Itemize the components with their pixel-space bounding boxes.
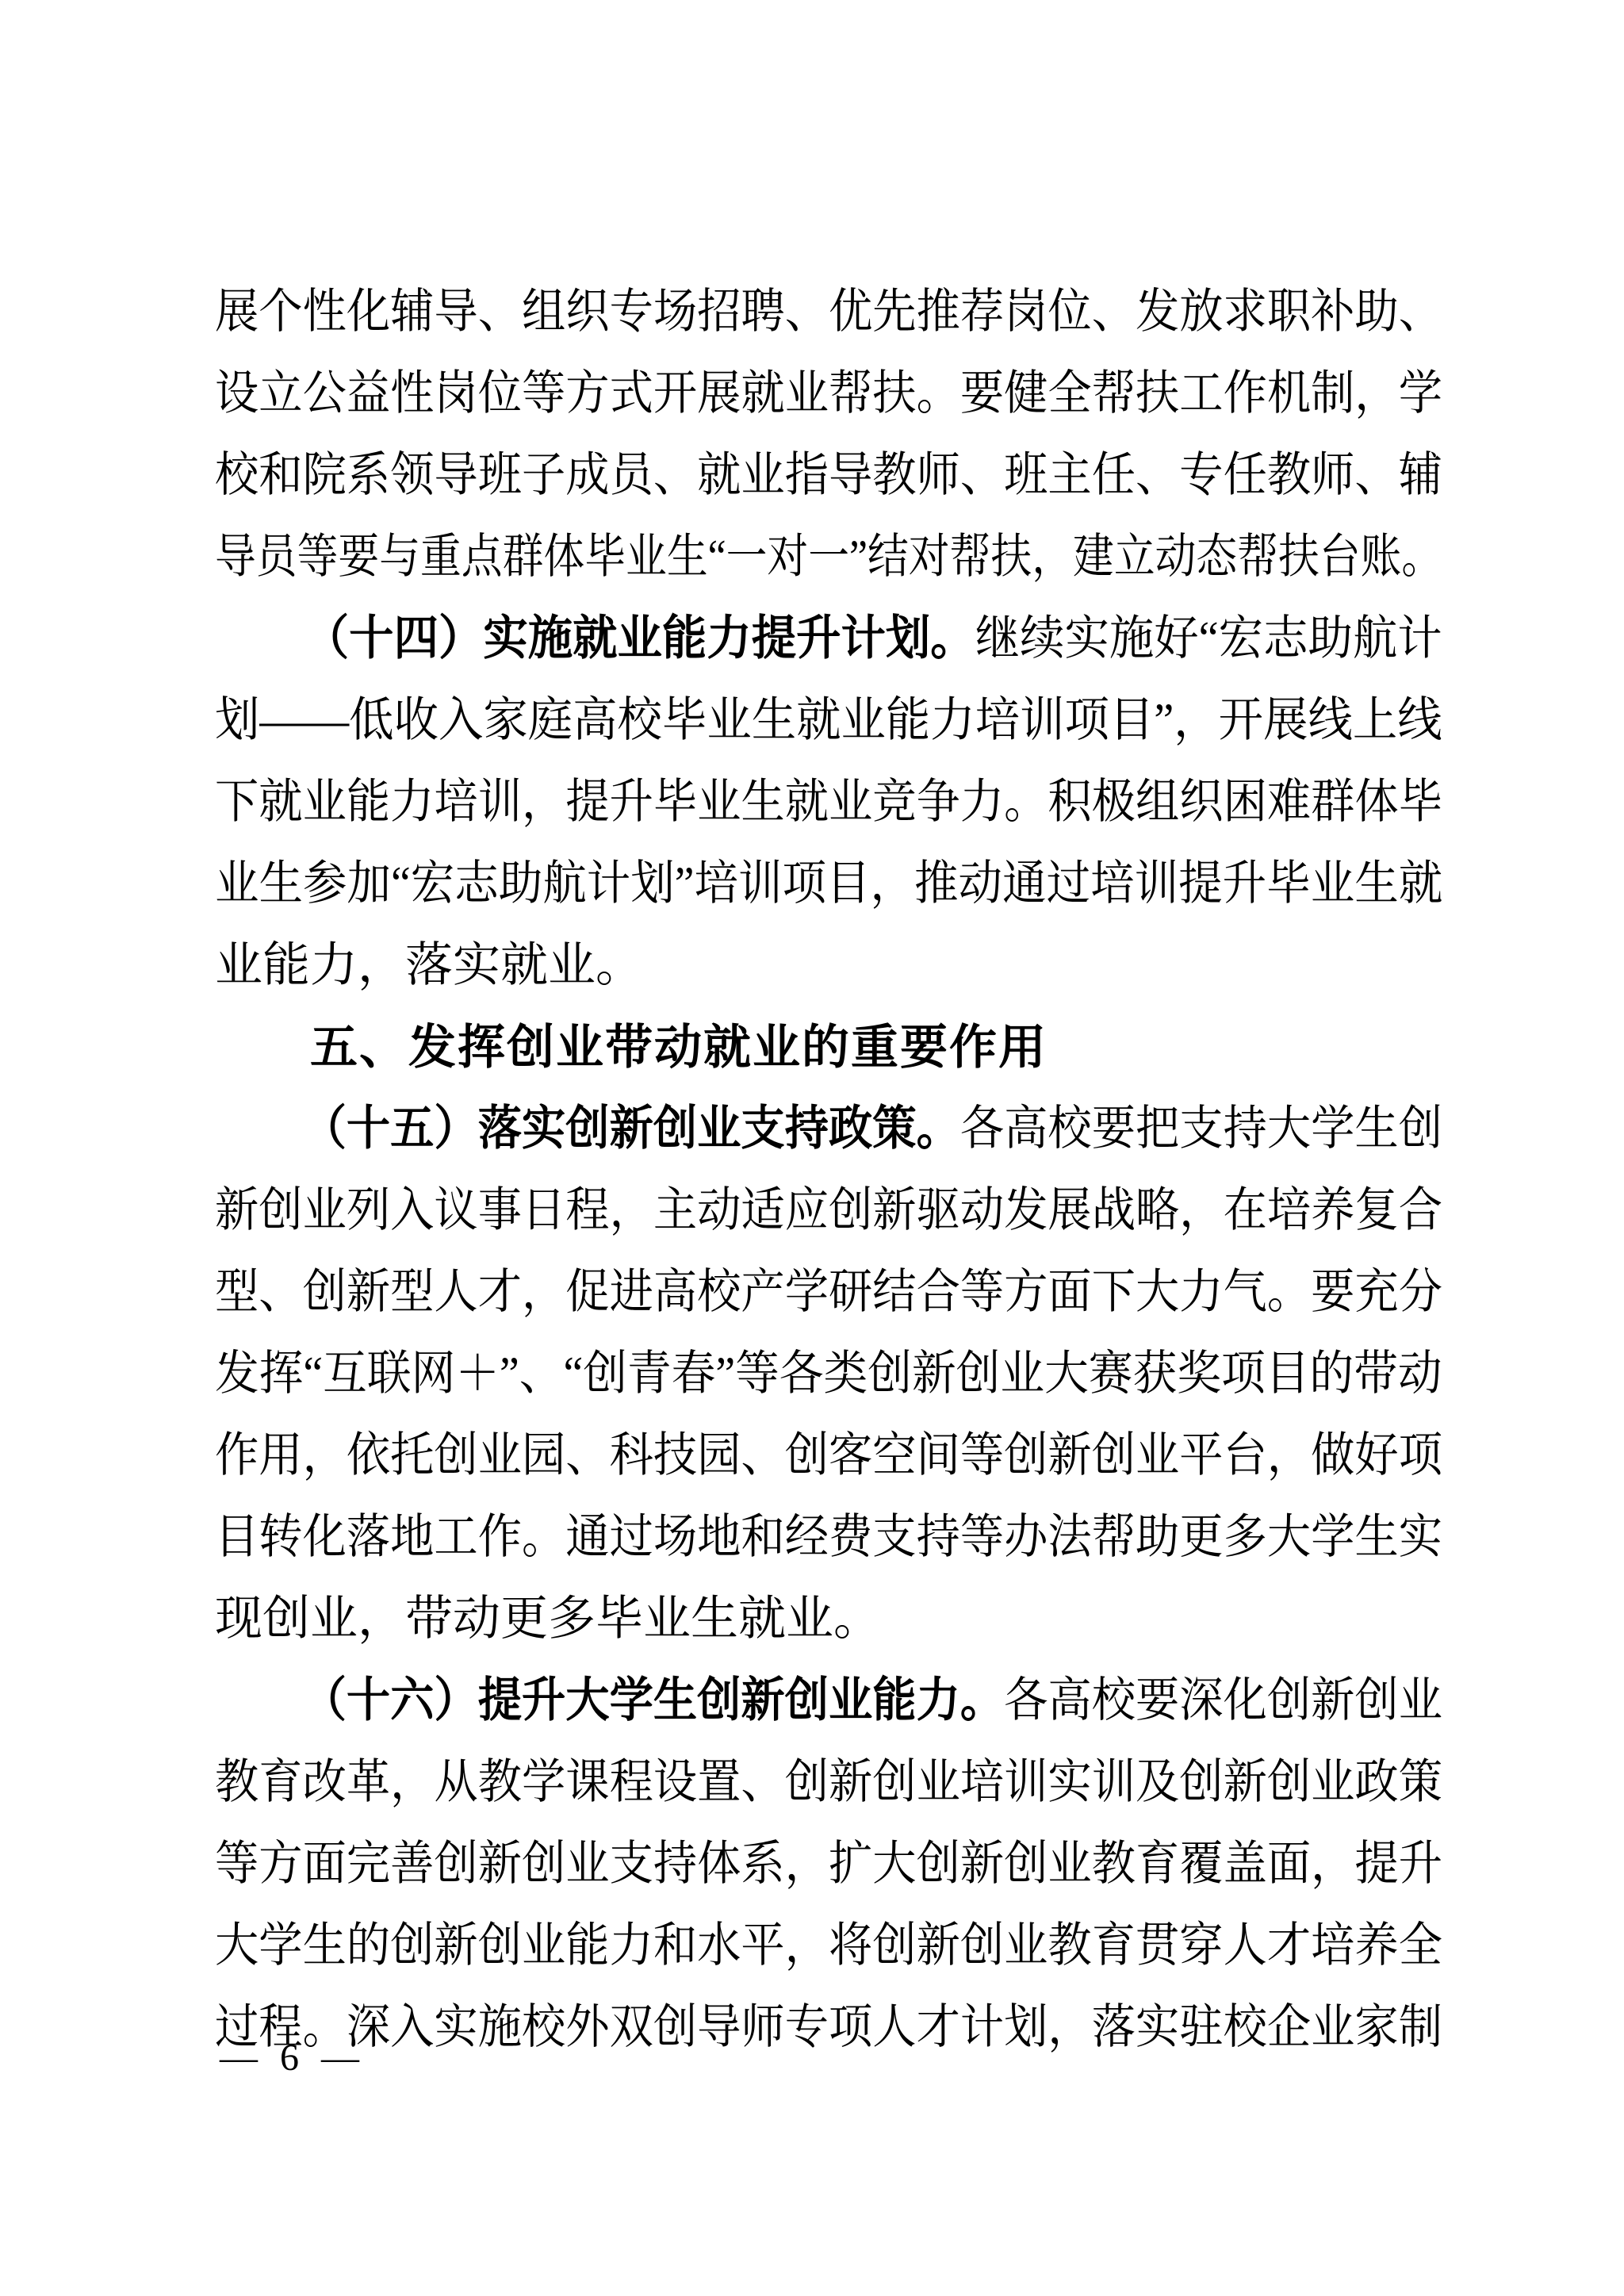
- line-text: 各高校要深化创新创业: [1004, 1674, 1442, 1727]
- text-line: 型、创新型人才，促进高校产学研结合等方面下大力气。要充分: [215, 1251, 1442, 1333]
- bold-lead-text: （十六）提升大学生创新创业能力。: [303, 1674, 1005, 1727]
- text-line: 展个性化辅导、组织专场招聘、优先推荐岗位、发放求职补助、: [215, 271, 1442, 353]
- text-line: 教育改革，从教学课程设置、创新创业培训实训及创新创业政策: [215, 1742, 1442, 1823]
- text-line: 大学生的创新创业能力和水平，将创新创业教育贯穿人才培养全: [215, 1905, 1442, 1987]
- text-line: 设立公益性岗位等方式开展就业帮扶。要健全帮扶工作机制，学: [215, 353, 1442, 435]
- line-text: 继续实施好“宏志助航计: [975, 612, 1442, 665]
- paragraph-lead-line: （十六）提升大学生创新创业能力。各高校要深化创新创业: [215, 1660, 1442, 1742]
- text-line: 下就业能力培训，提升毕业生就业竞争力。积极组织困难群体毕: [215, 761, 1442, 843]
- line-text: 下就业能力培训，提升毕业生就业竞争力。积极组织困难群体毕: [215, 776, 1442, 828]
- bold-lead-text: （十四）实施就业能力提升计划。: [304, 612, 975, 665]
- text-line: 目转化落地工作。通过场地和经费支持等办法帮助更多大学生实: [215, 1497, 1442, 1578]
- text-line: 导员等要与重点群体毕业生“一对一”结对帮扶，建立动态帮扶台账。: [215, 516, 1442, 598]
- line-text: 大学生的创新创业能力和水平，将创新创业教育贯穿人才培养全: [215, 1919, 1442, 1972]
- section-heading: 五、发挥创业带动就业的重要作用: [215, 1006, 1442, 1088]
- text-line: 业生参加“宏志助航计划”培训项目，推动通过培训提升毕业生就: [215, 843, 1442, 925]
- line-text: 业生参加“宏志助航计划”培训项目，推动通过培训提升毕业生就: [215, 857, 1442, 910]
- text-line: 过程。深入实施校外双创导师专项人才计划，落实驻校企业家制: [215, 1987, 1442, 2068]
- paragraph-last-line: 业能力，落实就业。: [215, 925, 1442, 1006]
- text-line: 校和院系领导班子成员、就业指导教师、班主任、专任教师、辅: [215, 435, 1442, 516]
- paragraph-lead-line: （十四）实施就业能力提升计划。继续实施好“宏志助航计: [215, 598, 1442, 680]
- line-text: 目转化落地工作。通过场地和经费支持等办法帮助更多大学生实: [215, 1511, 1442, 1563]
- line-text: 作用，依托创业园、科技园、创客空间等创新创业平台，做好项: [215, 1429, 1442, 1481]
- line-text: 过程。深入实施校外双创导师专项人才计划，落实驻校企业家制: [215, 2001, 1442, 2053]
- page-number: — 6 —: [220, 2030, 359, 2086]
- text-line: 发挥“互联网＋”、“创青春”等各类创新创业大赛获奖项目的带动: [215, 1333, 1442, 1415]
- line-text: 现创业，带动更多毕业生就业。: [215, 1593, 881, 1645]
- text-line: 划——低收入家庭高校毕业生就业能力培训项目”，开展线上线: [215, 680, 1442, 761]
- line-text: 展个性化辅导、组织专场招聘、优先推荐岗位、发放求职补助、: [215, 286, 1442, 338]
- paragraph-lead-line: （十五）落实创新创业支持政策。各高校要把支持大学生创: [215, 1088, 1442, 1170]
- text-line: 新创业列入议事日程，主动适应创新驱动发展战略，在培养复合: [215, 1170, 1442, 1251]
- line-text: 划——低收入家庭高校毕业生就业能力培训项目”，开展线上线: [215, 694, 1442, 746]
- paragraph-last-line: 现创业，带动更多毕业生就业。: [215, 1578, 1442, 1660]
- line-text: 导员等要与重点群体毕业生“一对一”结对帮扶，建立动态帮扶台账。: [215, 531, 1442, 583]
- line-text: 各高校要把支持大学生创: [960, 1102, 1442, 1155]
- heading-text: 五、发挥创业带动就业的重要作用: [310, 1021, 1048, 1074]
- text-block: 展个性化辅导、组织专场招聘、优先推荐岗位、发放求职补助、 设立公益性岗位等方式开…: [215, 271, 1442, 2068]
- text-line: 作用，依托创业园、科技园、创客空间等创新创业平台，做好项: [215, 1415, 1442, 1497]
- bold-lead-text: （十五）落实创新创业支持政策。: [303, 1102, 960, 1155]
- line-text: 教育改革，从教学课程设置、创新创业培训实训及创新创业政策: [215, 1756, 1442, 1808]
- line-text: 设立公益性岗位等方式开展就业帮扶。要健全帮扶工作机制，学: [215, 367, 1442, 420]
- line-text: 型、创新型人才，促进高校产学研结合等方面下大力气。要充分: [215, 1266, 1442, 1318]
- line-text: 校和院系领导班子成员、就业指导教师、班主任、专任教师、辅: [215, 449, 1442, 501]
- document-page: 展个性化辅导、组织专场招聘、优先推荐岗位、发放求职补助、 设立公益性岗位等方式开…: [0, 0, 1624, 2296]
- line-text: 发挥“互联网＋”、“创青春”等各类创新创业大赛获奖项目的带动: [215, 1347, 1442, 1400]
- line-text: 新创业列入议事日程，主动适应创新驱动发展战略，在培养复合: [215, 1184, 1442, 1236]
- text-line: 等方面完善创新创业支持体系，扩大创新创业教育覆盖面，提升: [215, 1823, 1442, 1905]
- line-text: 业能力，落实就业。: [215, 939, 643, 991]
- line-text: 等方面完善创新创业支持体系，扩大创新创业教育覆盖面，提升: [215, 1838, 1442, 1890]
